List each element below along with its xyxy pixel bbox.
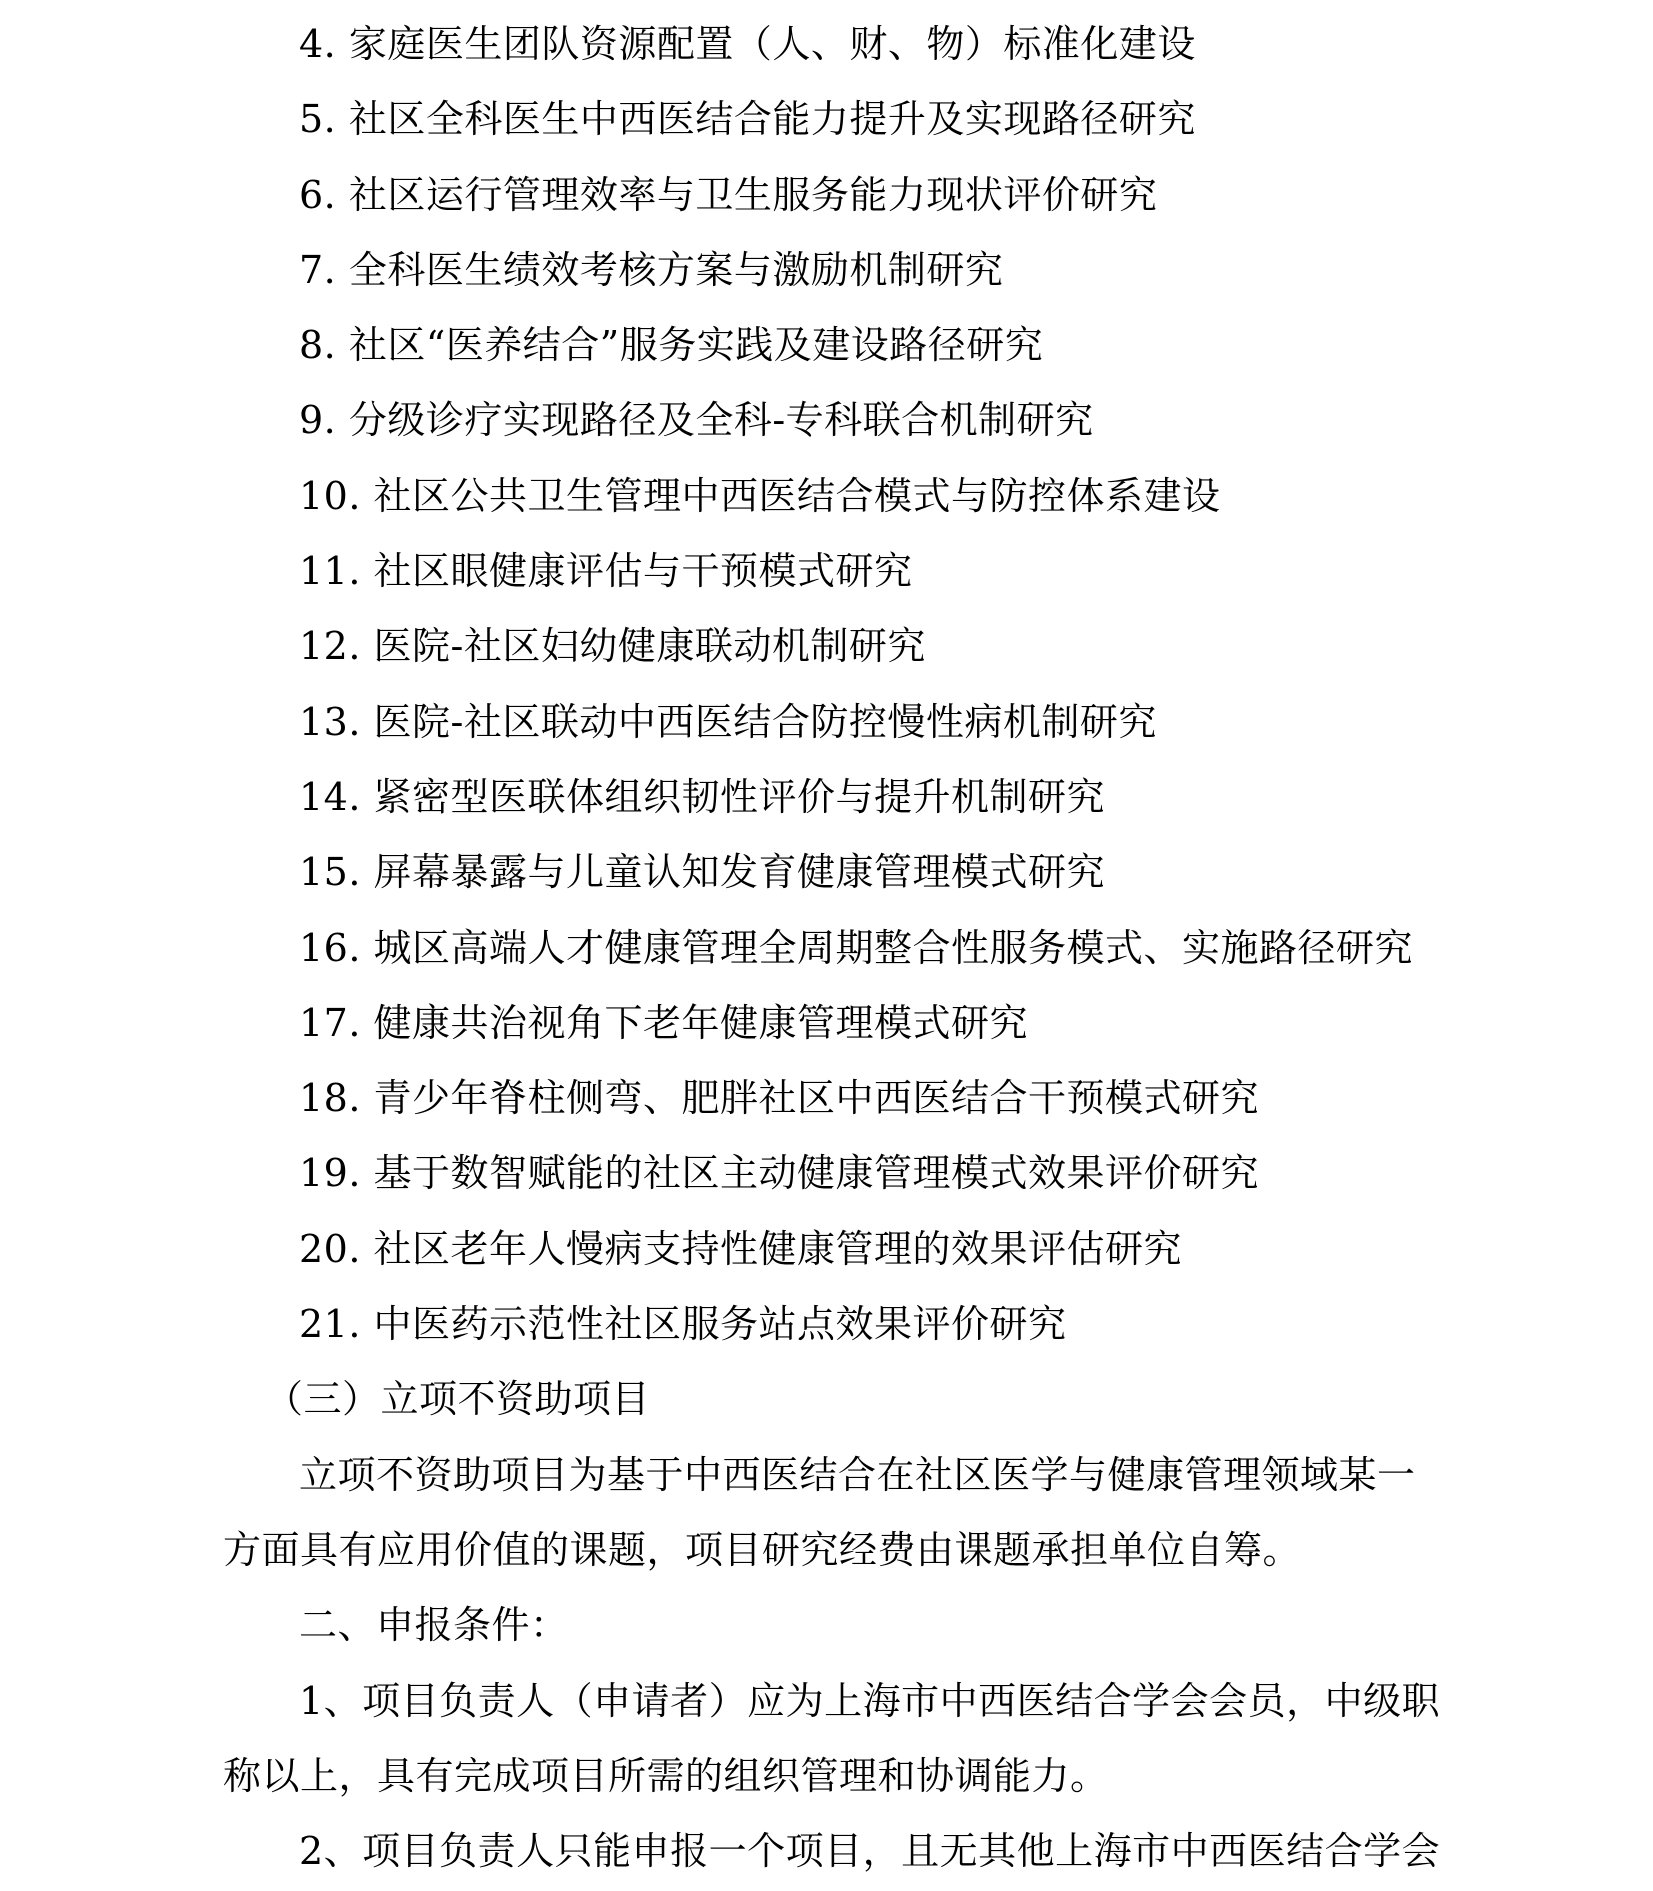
text-line: （三）立项不资助项目 — [223, 1362, 1449, 1437]
text-line: 21. 中医药示范性社区服务站点效果评价研究 — [223, 1287, 1449, 1362]
text-line: 15. 屏幕暴露与儿童认知发育健康管理模式研究 — [223, 835, 1449, 910]
text-line: 立项不资助项目为基于中西医结合在社区医学与健康管理领域某一 — [223, 1438, 1449, 1513]
text-line: 9. 分级诊疗实现路径及全科-专科联合机制研究 — [223, 383, 1449, 458]
text-line: 14. 紧密型医联体组织韧性评价与提升机制研究 — [223, 760, 1449, 835]
text-line: 4. 家庭医生团队资源配置（人、财、物）标准化建设 — [223, 7, 1449, 82]
text-line: 11. 社区眼健康评估与干预模式研究 — [223, 534, 1449, 609]
text-line: 19. 基于数智赋能的社区主动健康管理模式效果评价研究 — [223, 1136, 1449, 1211]
text-line: 8. 社区“医养结合”服务实践及建设路径研究 — [223, 308, 1449, 383]
text-line: 13. 医院-社区联动中西医结合防控慢性病机制研究 — [223, 685, 1449, 760]
text-line: 17. 健康共治视角下老年健康管理模式研究 — [223, 986, 1449, 1061]
text-line: 12. 医院-社区妇幼健康联动机制研究 — [223, 609, 1449, 684]
text-line: 方面具有应用价值的课题，项目研究经费由课题承担单位自筹。 — [223, 1513, 1449, 1588]
document-body: 4. 家庭医生团队资源配置（人、财、物）标准化建设5. 社区全科医生中西医结合能… — [223, 7, 1449, 1889]
text-line: 6. 社区运行管理效率与卫生服务能力现状评价研究 — [223, 158, 1449, 233]
text-line: 二、申报条件： — [223, 1588, 1449, 1663]
text-line: 称以上，具有完成项目所需的组织管理和协调能力。 — [223, 1739, 1449, 1814]
text-line: 7. 全科医生绩效考核方案与激励机制研究 — [223, 233, 1449, 308]
text-line: 1、项目负责人（申请者）应为上海市中西医结合学会会员，中级职 — [223, 1664, 1449, 1739]
text-line: 16. 城区高端人才健康管理全周期整合性服务模式、实施路径研究 — [223, 911, 1449, 986]
text-line: 5. 社区全科医生中西医结合能力提升及实现路径研究 — [223, 82, 1449, 157]
text-line: 20. 社区老年人慢病支持性健康管理的效果评估研究 — [223, 1212, 1449, 1287]
text-line: 10. 社区公共卫生管理中西医结合模式与防控体系建设 — [223, 459, 1449, 534]
text-line: 18. 青少年脊柱侧弯、肥胖社区中西医结合干预模式研究 — [223, 1061, 1449, 1136]
text-line: 2、项目负责人只能申报一个项目，且无其他上海市中西医结合学会 — [223, 1814, 1449, 1889]
